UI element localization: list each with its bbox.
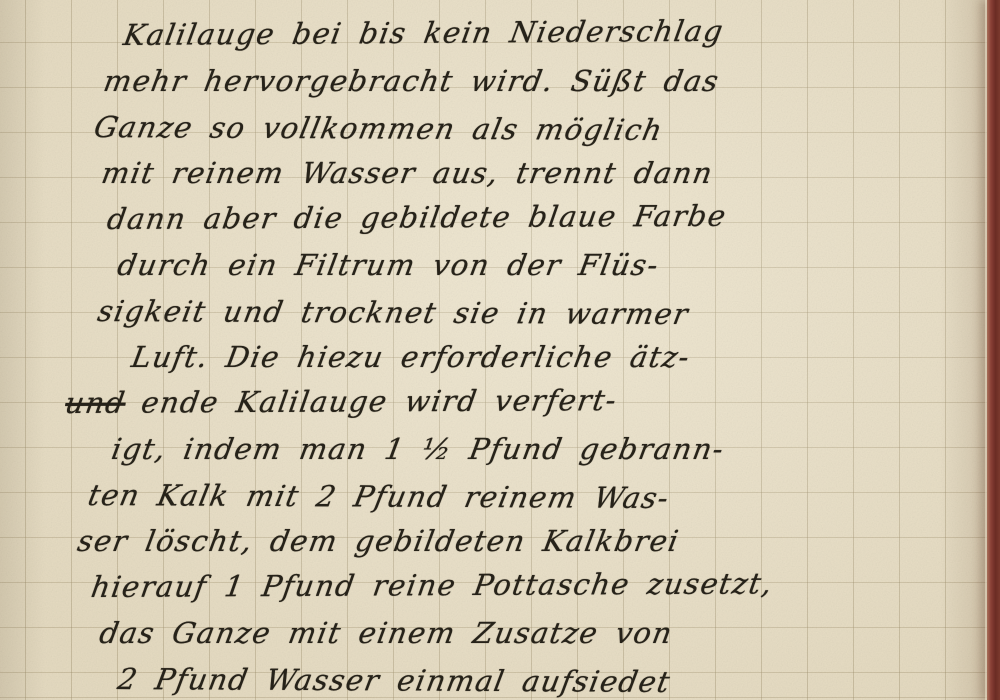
line-text: sigkeit und trocknet sie in warmer (95, 294, 692, 331)
handwritten-text-block: Kalilauge bei bis kein Niederschlag mehr… (98, 12, 988, 700)
line-text: durch ein Filtrum von der Flüs- (115, 248, 662, 282)
line-text: Ganze so vollkommen als möglich (91, 110, 666, 147)
manuscript-line: sigkeit und trocknet sie in warmer (94, 288, 996, 339)
manuscript-scan: Kalilauge bei bis kein Niederschlag mehr… (0, 0, 1000, 700)
line-text: mehr hervorgebracht wird. Süßt das (101, 64, 722, 98)
line-text: das Ganze mit einem Zusatze von (97, 616, 676, 650)
line-text: ende Kalilauge wird verfert- (139, 383, 620, 419)
manuscript-line: Kalilauge bei bis kein Niederschlag (120, 6, 997, 58)
manuscript-line: mit reinem Wasser aus, trennt dann (98, 150, 996, 196)
line-text: Kalilauge bei bis kein Niederschlag (121, 14, 727, 52)
manuscript-line: 2 Pfund Wasser einmal aufsiedet (114, 656, 996, 700)
line-text: 2 Pfund Wasser einmal aufsiedet (115, 662, 673, 699)
line-text: ser löscht, dem gebildeten Kalkbrei (75, 524, 682, 558)
manuscript-line: das Ganze mit einem Zusatze von (96, 610, 996, 656)
manuscript-line: igt, indem man 1 ½ Pfund gebrann- (108, 426, 996, 472)
line-text: hierauf 1 Pfund reine Pottasche zusetzt, (89, 566, 775, 604)
manuscript-line: mehr hervorgebracht wird. Süßt das (100, 58, 996, 104)
manuscript-line: ten Kalk mit 2 Pfund reinem Was- (84, 472, 996, 523)
line-text: Luft. Die hiezu erforderliche ätz- (129, 340, 693, 374)
crossed-out-word: und (63, 386, 128, 420)
manuscript-line: hierauf 1 Pfund reine Pottasche zusetzt, (88, 559, 996, 610)
manuscript-line: Luft. Die hiezu erforderliche ätz- (128, 334, 996, 380)
line-text: igt, indem man 1 ½ Pfund gebrann- (109, 432, 727, 466)
line-text: ten Kalk mit 2 Pfund reinem Was- (85, 478, 673, 515)
manuscript-line: ser löscht, dem gebildeten Kalkbrei (74, 518, 996, 564)
manuscript-line: durch ein Filtrum von der Flüs- (114, 242, 996, 288)
manuscript-line: undende Kalilauge wird verfert- (62, 375, 996, 426)
book-binding-edge (987, 0, 1000, 700)
manuscript-line: Ganze so vollkommen als möglich (90, 104, 996, 155)
line-text: mit reinem Wasser aus, trennt dann (99, 156, 716, 190)
manuscript-line: dann aber die gebildete blaue Farbe (104, 191, 996, 242)
line-text: dann aber die gebildete blaue Farbe (105, 199, 729, 236)
